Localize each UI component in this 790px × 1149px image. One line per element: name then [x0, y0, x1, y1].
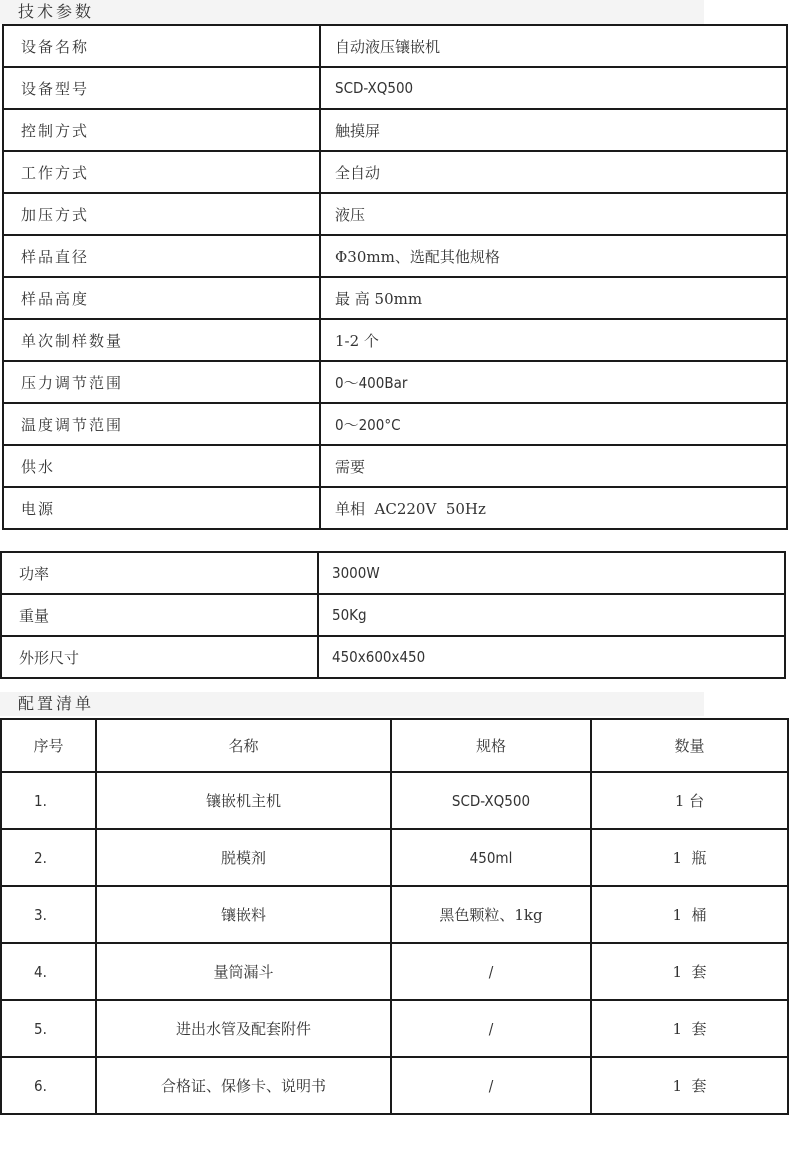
table-row: 1. 镶嵌机主机 SCD-XQ500 1 台 [1, 772, 788, 829]
item-no: 6. [1, 1057, 96, 1114]
table-row: 外形尺寸450x600x450 [1, 636, 785, 678]
param-name: 功率 [1, 552, 318, 594]
item-qty: 1 桶 [591, 886, 788, 943]
table-row: 供水需要 [3, 445, 787, 487]
item-qty: 1 台 [591, 772, 788, 829]
param-name: 控制方式 [3, 109, 320, 151]
table-row: 样品高度最 高 50mm [3, 277, 787, 319]
item-qty: 1 套 [591, 1000, 788, 1057]
param-value: 0～400Bar [320, 361, 787, 403]
param-name: 供水 [3, 445, 320, 487]
table-row: 电源单相 AC220V 50Hz [3, 487, 787, 529]
param-value: 单相 AC220V 50Hz [320, 487, 787, 529]
column-header-name: 名称 [96, 719, 391, 772]
column-header-no: 序号 [1, 719, 96, 772]
table-row: 单次制样数量1-2 个 [3, 319, 787, 361]
param-name: 样品高度 [3, 277, 320, 319]
item-no: 5. [1, 1000, 96, 1057]
item-spec: SCD-XQ500 [391, 772, 591, 829]
item-spec: / [391, 943, 591, 1000]
param-value: 3000W [318, 552, 785, 594]
param-name: 设备名称 [3, 25, 320, 67]
item-no: 2. [1, 829, 96, 886]
param-value: 450x600x450 [318, 636, 785, 678]
table-row: 2. 脱模剂 450ml 1 瓶 [1, 829, 788, 886]
item-name: 脱模剂 [96, 829, 391, 886]
param-name: 工作方式 [3, 151, 320, 193]
item-no: 3. [1, 886, 96, 943]
item-qty: 1 套 [591, 943, 788, 1000]
config-list-heading: 配置清单 [0, 692, 704, 716]
param-name: 压力调节范围 [3, 361, 320, 403]
table-row: 功率3000W [1, 552, 785, 594]
item-name: 量筒漏斗 [96, 943, 391, 1000]
item-spec: 黑色颗粒、1kg [391, 886, 591, 943]
table-row: 样品直径Φ30mm、选配其他规格 [3, 235, 787, 277]
param-name: 单次制样数量 [3, 319, 320, 361]
param-name: 电源 [3, 487, 320, 529]
param-value: 50Kg [318, 594, 785, 636]
table-row: 加压方式液压 [3, 193, 787, 235]
param-name: 加压方式 [3, 193, 320, 235]
param-value: 全自动 [320, 151, 787, 193]
config-list-table: 序号 名称 规格 数量 1. 镶嵌机主机 SCD-XQ500 1 台 2. 脱模… [0, 718, 789, 1115]
param-value: Φ30mm、选配其他规格 [320, 235, 787, 277]
item-no: 4. [1, 943, 96, 1000]
table-row: 6. 合格证、保修卡、说明书 / 1 套 [1, 1057, 788, 1114]
table-row: 工作方式全自动 [3, 151, 787, 193]
param-value: 1-2 个 [320, 319, 787, 361]
item-name: 镶嵌料 [96, 886, 391, 943]
param-value: 需要 [320, 445, 787, 487]
tech-params-table-continued: 功率3000W 重量50Kg 外形尺寸450x600x450 [0, 551, 786, 679]
table-row: 4. 量筒漏斗 / 1 套 [1, 943, 788, 1000]
param-name: 温度调节范围 [3, 403, 320, 445]
tech-params-heading: 技术参数 [0, 0, 704, 24]
table-row: 设备型号SCD-XQ500 [3, 67, 787, 109]
param-value: 最 高 50mm [320, 277, 787, 319]
item-name: 合格证、保修卡、说明书 [96, 1057, 391, 1114]
item-spec: / [391, 1000, 591, 1057]
item-qty: 1 套 [591, 1057, 788, 1114]
param-name: 设备型号 [3, 67, 320, 109]
param-name: 外形尺寸 [1, 636, 318, 678]
item-no: 1. [1, 772, 96, 829]
item-qty: 1 瓶 [591, 829, 788, 886]
param-value: 液压 [320, 193, 787, 235]
column-header-spec: 规格 [391, 719, 591, 772]
item-spec: / [391, 1057, 591, 1114]
param-value: 触摸屏 [320, 109, 787, 151]
table-row: 设备名称自动液压镶嵌机 [3, 25, 787, 67]
param-name: 样品直径 [3, 235, 320, 277]
table-row: 3. 镶嵌料 黑色颗粒、1kg 1 桶 [1, 886, 788, 943]
table-row: 控制方式触摸屏 [3, 109, 787, 151]
table-row: 温度调节范围0～200°C [3, 403, 787, 445]
item-name: 镶嵌机主机 [96, 772, 391, 829]
table-row: 5. 进出水管及配套附件 / 1 套 [1, 1000, 788, 1057]
tech-params-table: 设备名称自动液压镶嵌机 设备型号SCD-XQ500 控制方式触摸屏 工作方式全自… [2, 24, 788, 530]
table-header-row: 序号 名称 规格 数量 [1, 719, 788, 772]
table-row: 重量50Kg [1, 594, 785, 636]
param-name: 重量 [1, 594, 318, 636]
column-header-qty: 数量 [591, 719, 788, 772]
item-name: 进出水管及配套附件 [96, 1000, 391, 1057]
param-value: 自动液压镶嵌机 [320, 25, 787, 67]
param-value: SCD-XQ500 [320, 67, 787, 109]
table-row: 压力调节范围0～400Bar [3, 361, 787, 403]
param-value: 0～200°C [320, 403, 787, 445]
item-spec: 450ml [391, 829, 591, 886]
